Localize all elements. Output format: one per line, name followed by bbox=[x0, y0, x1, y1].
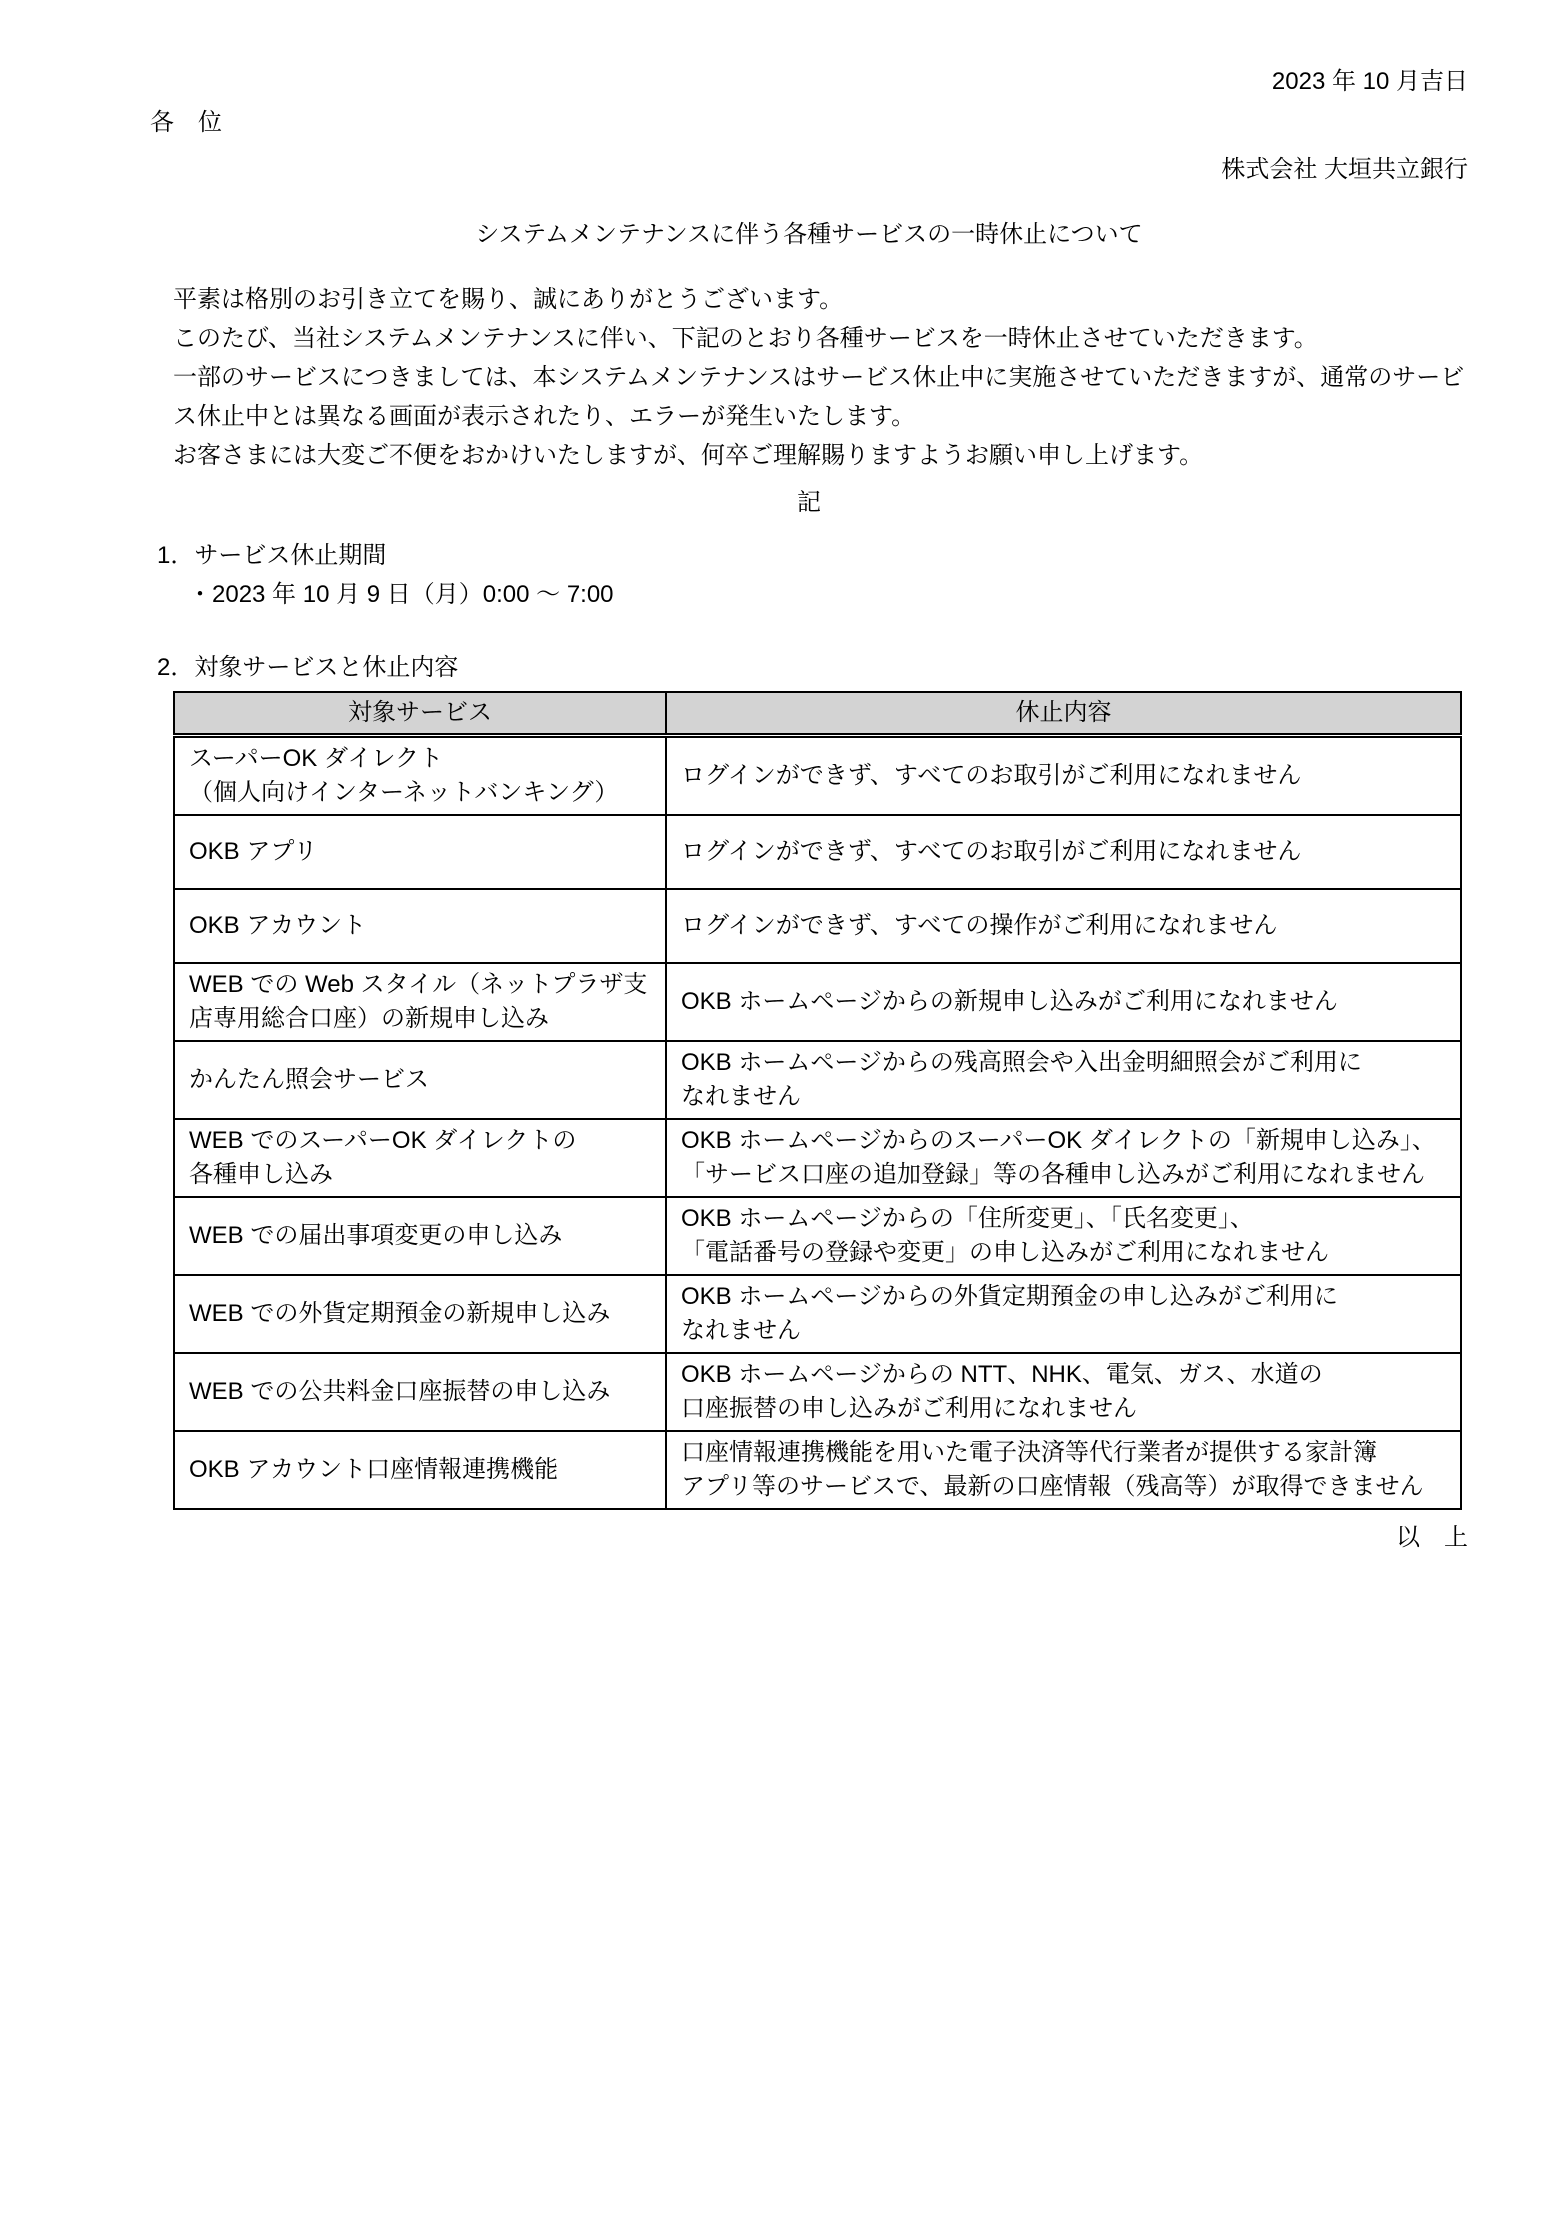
column-header-service: 対象サービス bbox=[174, 692, 666, 735]
detail-cell: OKB ホームページからの「住所変更」、「氏名変更」、 「電話番号の登録や変更」… bbox=[666, 1197, 1461, 1275]
detail-cell: OKB ホームページからの外貨定期預金の申し込みがご利用に なれません bbox=[666, 1275, 1461, 1353]
ki-marker: 記 bbox=[150, 483, 1468, 522]
table-row: WEB での外貨定期預金の新規申し込み OKB ホームページからの外貨定期預金の… bbox=[174, 1275, 1461, 1353]
service-cell: WEB でのスーパーOK ダイレクトの 各種申し込み bbox=[174, 1119, 666, 1197]
detail-cell: ログインができず、すべてのお取引がご利用になれません bbox=[666, 815, 1461, 889]
table-row: WEB でのスーパーOK ダイレクトの 各種申し込み OKB ホームページからの… bbox=[174, 1119, 1461, 1197]
service-cell: WEB での公共料金口座振替の申し込み bbox=[174, 1353, 666, 1431]
service-suspension-period: ・2023 年 10 月 9 日（月）0:00 ～ 7:00 bbox=[150, 575, 1468, 614]
table-row: OKB アカウント ログインができず、すべての操作がご利用になれません bbox=[174, 889, 1461, 963]
company-name: 株式会社 大垣共立銀行 bbox=[150, 150, 1468, 189]
detail-cell: ログインができず、すべての操作がご利用になれません bbox=[666, 889, 1461, 963]
table-row: WEB での届出事項変更の申し込み OKB ホームページからの「住所変更」、「氏… bbox=[174, 1197, 1461, 1275]
detail-cell: 口座情報連携機能を用いた電子決済等代行業者が提供する家計簿 アプリ等のサービスで… bbox=[666, 1431, 1461, 1509]
services-table-header: 対象サービス 休止内容 bbox=[174, 692, 1461, 735]
body-paragraphs: 平素は格別のお引き立てを賜り、誠にありがとうございます。 このたび、当社システム… bbox=[150, 280, 1468, 475]
services-table: 対象サービス 休止内容 スーパーOK ダイレクト （個人向けインターネットバンキ… bbox=[173, 691, 1462, 1510]
table-row: OKB アプリ ログインができず、すべてのお取引がご利用になれません bbox=[174, 815, 1461, 889]
column-header-detail: 休止内容 bbox=[666, 692, 1461, 735]
section1-heading: 1．サービス休止期間 bbox=[150, 536, 1468, 575]
table-row: WEB での公共料金口座振替の申し込み OKB ホームページからの NTT、NH… bbox=[174, 1353, 1461, 1431]
service-cell: OKB アカウント bbox=[174, 889, 666, 963]
service-cell: OKB アプリ bbox=[174, 815, 666, 889]
document-page: 2023 年 10 月吉日 各 位 株式会社 大垣共立銀行 システムメンテナンス… bbox=[0, 0, 1566, 2214]
service-cell: WEB での外貨定期預金の新規申し込み bbox=[174, 1275, 666, 1353]
service-cell: スーパーOK ダイレクト （個人向けインターネットバンキング） bbox=[174, 735, 666, 815]
detail-cell: ログインができず、すべてのお取引がご利用になれません bbox=[666, 735, 1461, 815]
table-row: かんたん照会サービス OKB ホームページからの残高照会や入出金明細照会がご利用… bbox=[174, 1041, 1461, 1119]
service-cell: OKB アカウント口座情報連携機能 bbox=[174, 1431, 666, 1509]
header-row: 対象サービス 休止内容 bbox=[174, 692, 1461, 735]
document-date: 2023 年 10 月吉日 bbox=[150, 62, 1468, 101]
service-cell: WEB での届出事項変更の申し込み bbox=[174, 1197, 666, 1275]
detail-cell: OKB ホームページからの NTT、NHK、電気、ガス、水道の 口座振替の申し込… bbox=[666, 1353, 1461, 1431]
table-row: OKB アカウント口座情報連携機能 口座情報連携機能を用いた電子決済等代行業者が… bbox=[174, 1431, 1461, 1509]
services-table-body: スーパーOK ダイレクト （個人向けインターネットバンキング） ログインができず… bbox=[174, 735, 1461, 1509]
service-cell: WEB での Web スタイル（ネットプラザ支店専用総合口座）の新規申し込み bbox=[174, 963, 666, 1041]
document-title: システムメンテナンスに伴う各種サービスの一時休止について bbox=[150, 215, 1468, 254]
service-cell: かんたん照会サービス bbox=[174, 1041, 666, 1119]
closing-marker: 以 上 bbox=[150, 1518, 1468, 1557]
table-row: スーパーOK ダイレクト （個人向けインターネットバンキング） ログインができず… bbox=[174, 735, 1461, 815]
detail-cell: OKB ホームページからの残高照会や入出金明細照会がご利用に なれません bbox=[666, 1041, 1461, 1119]
detail-cell: OKB ホームページからの新規申し込みがご利用になれません bbox=[666, 963, 1461, 1041]
detail-cell: OKB ホームページからのスーパーOK ダイレクトの「新規申し込み」、 「サービ… bbox=[666, 1119, 1461, 1197]
table-row: WEB での Web スタイル（ネットプラザ支店専用総合口座）の新規申し込み O… bbox=[174, 963, 1461, 1041]
section2-heading: 2．対象サービスと休止内容 bbox=[150, 648, 1468, 687]
salutation: 各 位 bbox=[150, 103, 1468, 142]
